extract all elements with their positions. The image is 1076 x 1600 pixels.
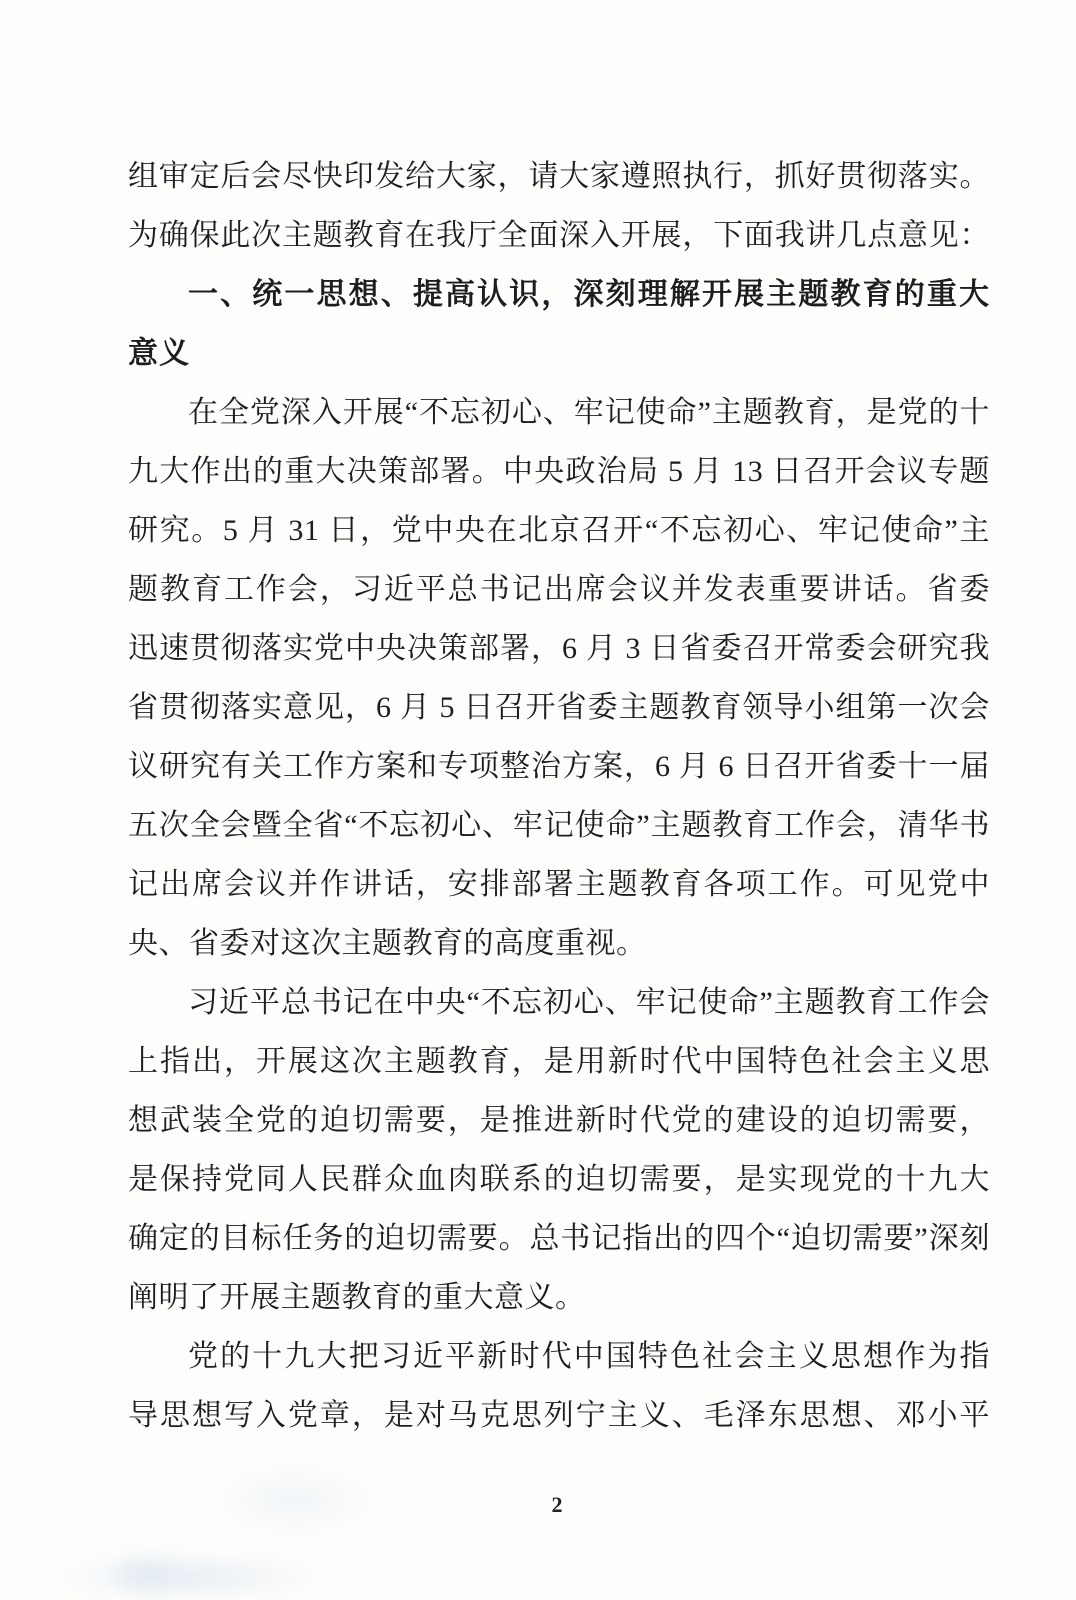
text-line: 上指出，开展这次主题教育，是用新时代中国特色社会主义思	[128, 1032, 990, 1091]
text-line: 党的十九大把习近平新时代中国特色社会主义思想作为指	[128, 1327, 990, 1386]
text-line: 五次全会暨全省“不忘初心、牢记使命”主题教育工作会，清华书	[128, 796, 990, 855]
text-line: 迅速贯彻落实党中央决策部署，6 月 3 日省委召开常委会研究我	[128, 619, 990, 678]
text-line: 记出席会议并作讲话，安排部署主题教育各项工作。可见党中	[128, 855, 990, 914]
scan-smudge	[100, 1545, 190, 1600]
text-line: 是保持党同人民群众血肉联系的迫切需要，是实现党的十九大	[128, 1150, 990, 1209]
text-line: 九大作出的重大决策部署。中央政治局 5 月 13 日召开会议专题	[128, 442, 990, 501]
text-line: 想武装全党的迫切需要，是推进新时代党的建设的迫切需要，	[128, 1091, 990, 1150]
text-block: 组审定后会尽快印发给大家，请大家遵照执行，抓好贯彻落实。为确保此次主题教育在我厅…	[128, 147, 990, 1445]
scan-smudge	[55, 1552, 325, 1600]
text-line: 省贯彻落实意见，6 月 5 日召开省委主题教育领导小组第一次会	[128, 678, 990, 737]
text-line: 为确保此次主题教育在我厅全面深入开展，下面我讲几点意见：	[128, 206, 990, 265]
text-line: 导思想写入党章，是对马克思列宁主义、毛泽东思想、邓小平	[128, 1386, 990, 1445]
heading-line: 一、统一思想、提高认识，深刻理解开展主题教育的重大	[128, 265, 990, 324]
text-line: 央、省委对这次主题教育的高度重视。	[128, 914, 990, 973]
text-line: 议研究有关工作方案和专项整治方案，6 月 6 日召开省委十一届	[128, 737, 990, 796]
text-line: 题教育工作会，习近平总书记出席会议并发表重要讲话。省委	[128, 560, 990, 619]
document-page: 组审定后会尽快印发给大家，请大家遵照执行，抓好贯彻落实。为确保此次主题教育在我厅…	[0, 0, 1076, 1600]
text-line: 习近平总书记在中央“不忘初心、牢记使命”主题教育工作会	[128, 973, 990, 1032]
text-line: 阐明了开展主题教育的重大意义。	[128, 1268, 990, 1327]
text-line: 研究。5 月 31 日，党中央在北京召开“不忘初心、牢记使命”主	[128, 501, 990, 560]
text-line: 组审定后会尽快印发给大家，请大家遵照执行，抓好贯彻落实。	[128, 147, 990, 206]
text-line: 在全党深入开展“不忘初心、牢记使命”主题教育，是党的十	[128, 383, 990, 442]
text-line: 确定的目标任务的迫切需要。总书记指出的四个“迫切需要”深刻	[128, 1209, 990, 1268]
heading-line: 意义	[128, 324, 990, 383]
page-number: 2	[0, 1492, 1076, 1518]
